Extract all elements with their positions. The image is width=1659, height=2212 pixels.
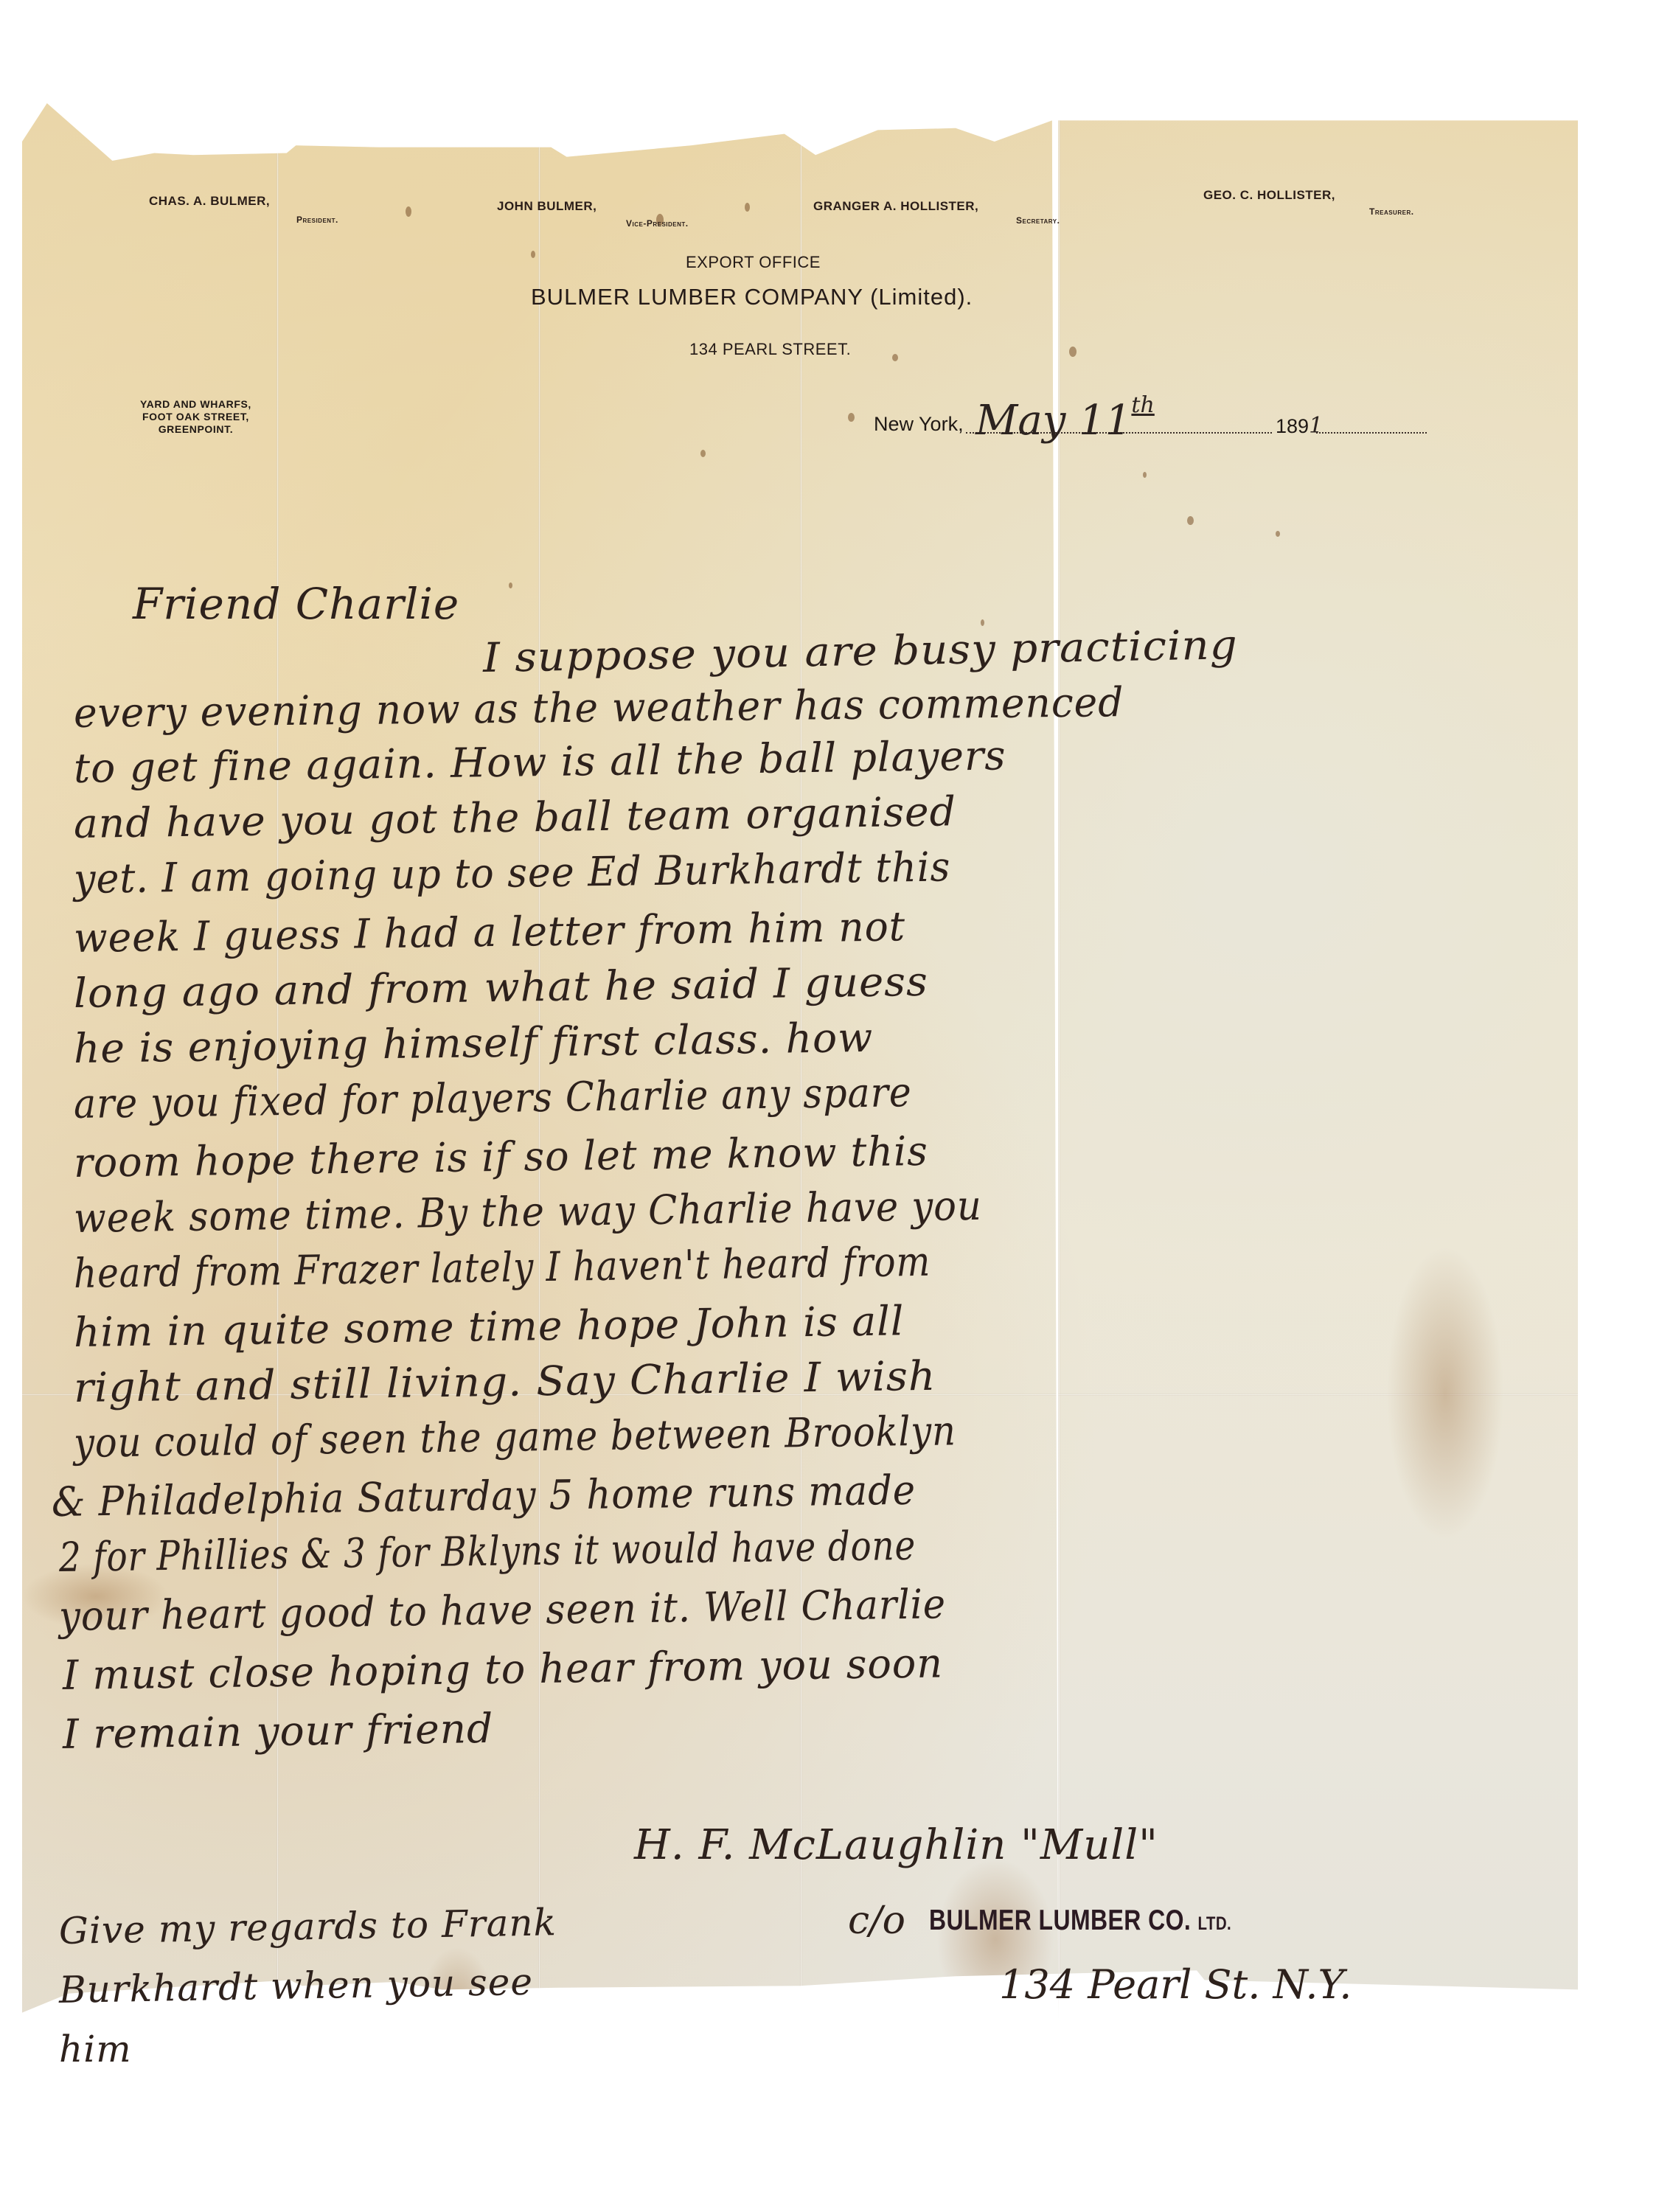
officer-name: CHAS. A. BULMER, xyxy=(149,194,270,209)
yard-line: FOOT OAK STREET, xyxy=(140,411,251,423)
fold-crease xyxy=(1058,103,1060,2020)
ink-spot xyxy=(1187,516,1194,525)
officer-title: Secretary. xyxy=(1016,215,1060,226)
yard-line: YARD AND WHARFS, xyxy=(140,398,251,411)
date-suffix: th xyxy=(1131,392,1154,418)
dateline: New York, May 11th 1891 xyxy=(874,398,1427,442)
ink-spot xyxy=(1143,472,1147,478)
care-of-mark: c/o xyxy=(848,1899,905,1943)
postscript-line: Burkhardt when you see xyxy=(58,1961,533,2011)
officer-title: President. xyxy=(296,215,338,225)
year-dotted-line xyxy=(1316,432,1427,434)
postscript-line: Give my regards to Frank xyxy=(58,1901,557,1952)
stamp-company: BULMER LUMBER CO. xyxy=(929,1905,1191,1936)
officer-title: Vice-President. xyxy=(626,218,689,229)
letterhead-address: 134 PEARL STREET. xyxy=(689,340,851,359)
dateline-city: New York, xyxy=(874,413,964,436)
stamp-suffix: LTD. xyxy=(1197,1913,1231,1934)
officer-name: GRANGER A. HOLLISTER, xyxy=(813,199,978,214)
letterhead-yard-address: YARD AND WHARFS, FOOT OAK STREET, GREENP… xyxy=(140,398,251,436)
officer-treasurer: GEO. C. HOLLISTER, Treasurer. xyxy=(1203,188,1335,203)
letter-salutation: Friend Charlie xyxy=(133,579,459,629)
ink-spot xyxy=(745,203,750,212)
return-address-handwritten: 134 Pearl St. N.Y. xyxy=(999,1961,1352,2008)
ink-spot xyxy=(1276,531,1280,537)
ink-spot xyxy=(848,413,855,422)
ink-spot xyxy=(892,354,898,361)
postscript-line: him xyxy=(59,2028,132,2070)
water-stain xyxy=(1386,1246,1504,1541)
dateline-year: 1891 xyxy=(1276,413,1323,439)
ink-spot xyxy=(509,582,512,588)
yard-line: GREENPOINT. xyxy=(140,423,251,436)
ink-spot xyxy=(1069,347,1077,357)
company-rubber-stamp: BULMER LUMBER CO. LTD. xyxy=(929,1905,1231,1937)
letterhead-company-name: BULMER LUMBER COMPANY (Limited). xyxy=(531,284,973,310)
ink-spot xyxy=(700,450,706,457)
officer-name: GEO. C. HOLLISTER, xyxy=(1203,188,1335,203)
officer-secretary: GRANGER A. HOLLISTER, Secretary. xyxy=(813,199,978,214)
officer-president: CHAS. A. BULMER, President. xyxy=(149,194,270,209)
officer-title: Treasurer. xyxy=(1369,206,1414,217)
officer-vice-president: JOHN BULMER, Vice-President. xyxy=(497,199,597,214)
letter-closing: I remain your friend xyxy=(63,1705,494,1758)
ink-spot xyxy=(406,206,411,217)
year-printed: 189 xyxy=(1276,415,1309,437)
date-text: May 11 xyxy=(975,397,1131,445)
letter-signature: H. F. McLaughlin "Mull" xyxy=(634,1821,1158,1869)
year-handwritten: 1 xyxy=(1309,413,1323,439)
handwritten-date: May 11th xyxy=(975,392,1155,445)
letterhead-department: EXPORT OFFICE xyxy=(686,253,821,272)
officer-name: JOHN BULMER, xyxy=(497,199,597,214)
ink-spot xyxy=(531,251,535,258)
